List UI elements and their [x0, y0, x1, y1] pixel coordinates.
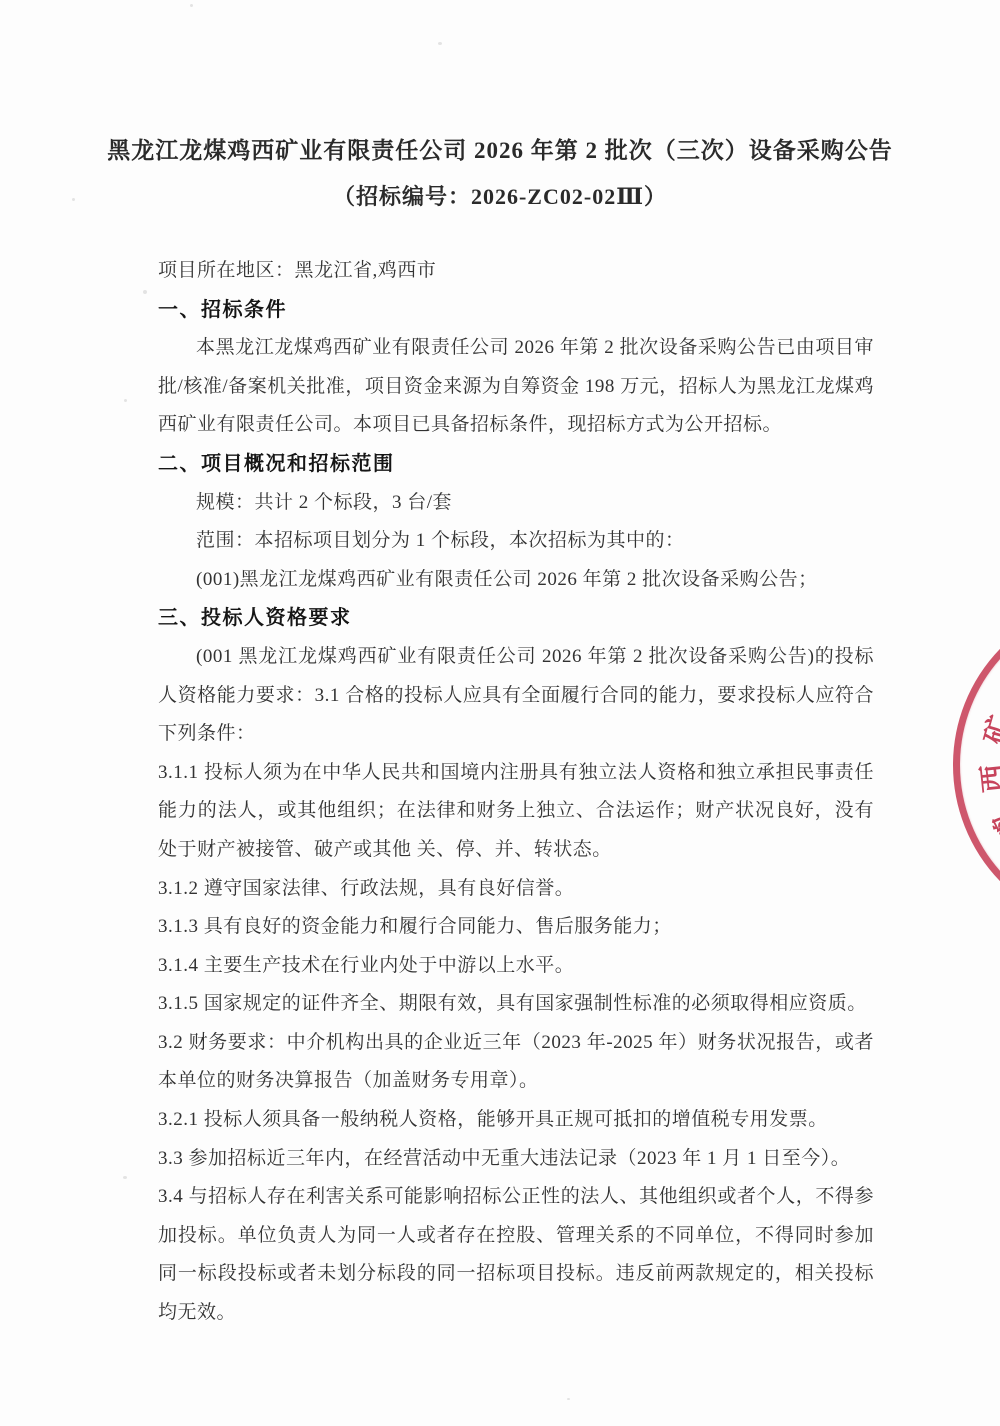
- document-title: 黑龙江龙煤鸡西矿业有限责任公司 2026 年第 2 批次（三次）设备采购公告: [0, 132, 1000, 165]
- project-location-line: 项目所在地区：黑龙江省,鸡西市: [158, 252, 874, 291]
- seal-character: 鸡: [988, 804, 1000, 845]
- clause-3-2: 3.2 财务要求：中介机构出具的企业近三年（2023 年-2025 年）财务状况…: [158, 1024, 874, 1101]
- scan-speck: [124, 399, 127, 402]
- seal-character: 西: [978, 762, 1000, 795]
- lot-001-line: (001)黑龙江龙煤鸡西矿业有限责任公司 2026 年第 2 批次设备采购公告；: [158, 561, 874, 600]
- qualification-intro-paragraph: (001 黑龙江龙煤鸡西矿业有限责任公司 2026 年第 2 批次设备采购公告)…: [158, 638, 874, 754]
- scan-speck: [123, 1176, 127, 1179]
- scan-speck: [190, 4, 193, 7]
- clause-3-4: 3.4 与招标人存在利害关系可能影响招标公正性的法人、其他组织或者个人，不得参加…: [158, 1178, 874, 1332]
- clause-3-1-4: 3.1.4 主要生产技术在行业内处于中游以上水平。: [158, 947, 874, 986]
- clause-3-1-5: 3.1.5 国家规定的证件齐全、期限有效，具有国家强制性标准的必须取得相应资质。: [158, 985, 874, 1024]
- clause-3-1-2: 3.1.2 遵守国家法律、行政法规，具有良好信誉。: [158, 870, 874, 909]
- document-body: 项目所在地区：黑龙江省,鸡西市 一、招标条件 本黑龙江龙煤鸡西矿业有限责任公司 …: [158, 252, 874, 1333]
- tender-number: （招标编号：2026-ZC02-02Ⅲ）: [0, 180, 1000, 211]
- scale-line: 规模：共计 2 个标段，3 台/套: [158, 484, 874, 523]
- seal-character: 矿: [980, 712, 1000, 749]
- scan-speck: [143, 290, 147, 294]
- seal-ring-icon: [953, 598, 1000, 932]
- clause-3-3: 3.3 参加招标近三年内，在经营活动中无重大违法记录（2023 年 1 月 1 …: [158, 1140, 874, 1179]
- scan-speck: [438, 42, 442, 45]
- red-company-seal: 鸡 西 矿 业: [953, 598, 1000, 932]
- section-2-heading: 二、项目概况和招标范围: [158, 445, 874, 484]
- clause-3-2-1: 3.2.1 投标人须具备一般纳税人资格，能够开具正规可抵扣的增值税专用发票。: [158, 1101, 874, 1140]
- scanned-document-page: 黑龙江龙煤鸡西矿业有限责任公司 2026 年第 2 批次（三次）设备采购公告 （…: [0, 0, 1000, 1426]
- clause-3-1-1: 3.1.1 投标人须为在中华人民共和国境内注册具有独立法人资格和独立承担民事责任…: [158, 754, 874, 870]
- section-1-paragraph: 本黑龙江龙煤鸡西矿业有限责任公司 2026 年第 2 批次设备采购公告已由项目审…: [158, 329, 874, 445]
- scope-line: 范围：本招标项目划分为 1 个标段，本次招标为其中的：: [158, 522, 874, 561]
- section-1-heading: 一、招标条件: [158, 291, 874, 330]
- clause-3-1-3: 3.1.3 具有良好的资金能力和履行合同能力、售后服务能力；: [158, 908, 874, 947]
- section-3-heading: 三、投标人资格要求: [158, 599, 874, 638]
- scan-speck: [72, 198, 75, 201]
- scan-speck: [567, 1398, 570, 1400]
